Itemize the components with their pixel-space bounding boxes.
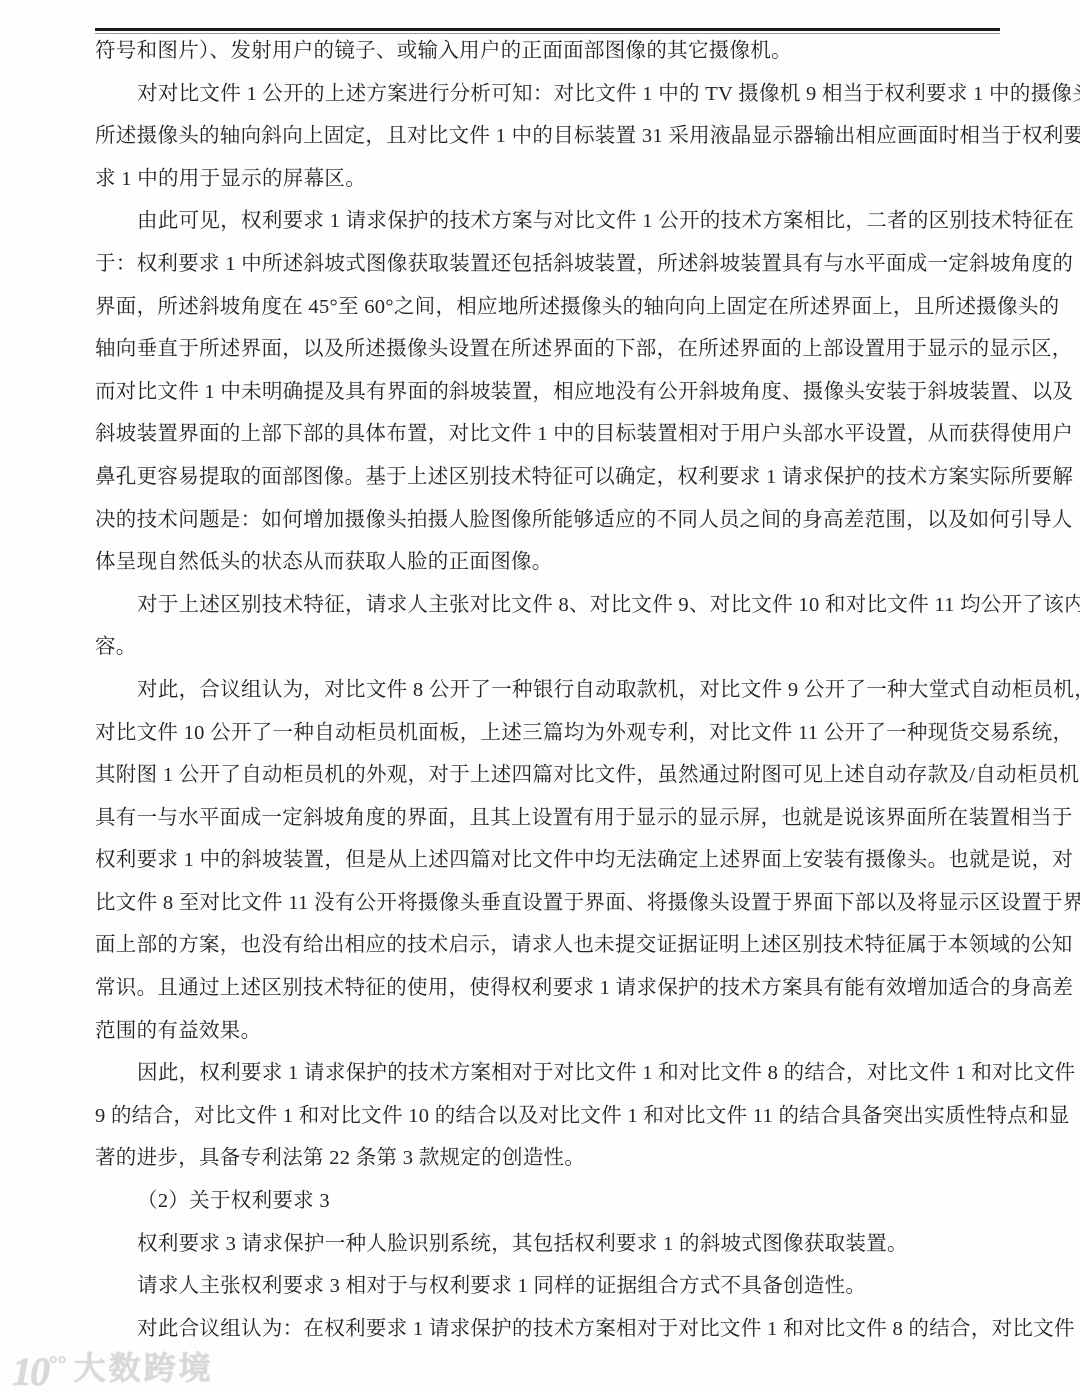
text-line: 请求人主张权利要求 3 相对于与权利要求 1 同样的证据组合方式不具备创造性。: [95, 1265, 1007, 1308]
text-line: 所述摄像头的轴向斜向上固定，且对比文件 1 中的目标装置 31 采用液晶显示器输…: [95, 115, 1007, 158]
text-line: 9 的结合，对比文件 1 和对比文件 10 的结合以及对比文件 1 和对比文件 …: [95, 1095, 1007, 1138]
text-line: 因此，权利要求 1 请求保护的技术方案相对于对比文件 1 和对比文件 8 的结合…: [95, 1052, 1007, 1095]
text-line: 范围的有益效果。: [95, 1010, 1007, 1053]
text-line: 体呈现自然低头的状态从而获取人脸的正面图像。: [95, 541, 1007, 584]
text-line: 斜坡装置界面的上部下部的具体布置，对比文件 1 中的目标装置相对于用户头部水平设…: [95, 413, 1007, 456]
text-line: 决的技术问题是：如何增加摄像头拍摄人脸图像所能够适应的不同人员之间的身高差范围，…: [95, 499, 1007, 542]
text-line: 比文件 8 至对比文件 11 没有公开将摄像头垂直设置于界面、将摄像头设置于界面…: [95, 882, 1007, 925]
text-line: 界面，所述斜坡角度在 45°至 60°之间，相应地所述摄像头的轴向向上固定在所述…: [95, 286, 1007, 329]
text-line: 权利要求 3 请求保护一种人脸识别系统，其包括权利要求 1 的斜坡式图像获取装置…: [95, 1223, 1007, 1266]
text-line: 著的进步，具备专利法第 22 条第 3 款规定的创造性。: [95, 1137, 1007, 1180]
text-line: 轴向垂直于所述界面，以及所述摄像头设置在所述界面的下部，在所述界面的上部设置用于…: [95, 328, 1007, 371]
text-line: 对比文件 10 公开了一种自动柜员机面板，上述三篇均为外观专利，对比文件 11 …: [95, 712, 1007, 755]
text-line: 由此可见，权利要求 1 请求保护的技术方案与对比文件 1 公开的技术方案相比，二…: [95, 200, 1007, 243]
text-line: 常识。且通过上述区别技术特征的使用，使得权利要求 1 请求保护的技术方案具有能有…: [95, 967, 1007, 1010]
text-line: 对对比文件 1 公开的上述方案进行分析可知：对比文件 1 中的 TV 摄像机 9…: [95, 73, 1007, 116]
text-line: 鼻孔更容易提取的面部图像。基于上述区别技术特征可以确定，权利要求 1 请求保护的…: [95, 456, 1007, 499]
watermark-logo-degrees: °°: [48, 1351, 66, 1376]
section-heading-claim-3: （2）关于权利要求 3: [95, 1180, 1007, 1223]
text-line: 面上部的方案，也没有给出相应的技术启示，请求人也未提交证据证明上述区别技术特征属…: [95, 924, 1007, 967]
text-line: 其附图 1 公开了自动柜员机的外观，对于上述四篇对比文件，虽然通过附图可见上述自…: [95, 754, 1007, 797]
text-line: 对于上述区别技术特征，请求人主张对比文件 8、对比文件 9、对比文件 10 和对…: [95, 584, 1007, 627]
watermark-logo-icon: 10°°: [12, 1344, 66, 1391]
watermark: 10°° 大数跨境: [12, 1344, 214, 1391]
text-line: 符号和图片）、发射用户的镜子、或输入用户的正面面部图像的其它摄像机。: [95, 30, 1007, 73]
watermark-text: 大数跨境: [74, 1348, 214, 1388]
text-line: 于：权利要求 1 中所述斜坡式图像获取装置还包括斜坡装置，所述斜坡装置具有与水平…: [95, 243, 1007, 286]
text-line: 权利要求 1 中的斜坡装置，但是从上述四篇对比文件中均无法确定上述界面上安装有摄…: [95, 839, 1007, 882]
text-line: 容。: [95, 626, 1007, 669]
text-line: 而对比文件 1 中未明确提及具有界面的斜坡装置，相应地没有公开斜坡角度、摄像头安…: [95, 371, 1007, 414]
text-line: 对此，合议组认为，对比文件 8 公开了一种银行自动取款机，对比文件 9 公开了一…: [95, 669, 1007, 712]
document-body-text: 符号和图片）、发射用户的镜子、或输入用户的正面面部图像的其它摄像机。 对对比文件…: [95, 30, 1007, 1350]
text-line: 对此合议组认为：在权利要求 1 请求保护的技术方案相对于对比文件 1 和对比文件…: [95, 1308, 1007, 1351]
text-line: 具有一与水平面成一定斜坡角度的界面，且其上设置有用于显示的显示屏，也就是说该界面…: [95, 797, 1007, 840]
document-page: 符号和图片）、发射用户的镜子、或输入用户的正面面部图像的其它摄像机。 对对比文件…: [0, 0, 1080, 1391]
text-line: 求 1 中的用于显示的屏幕区。: [95, 158, 1007, 201]
